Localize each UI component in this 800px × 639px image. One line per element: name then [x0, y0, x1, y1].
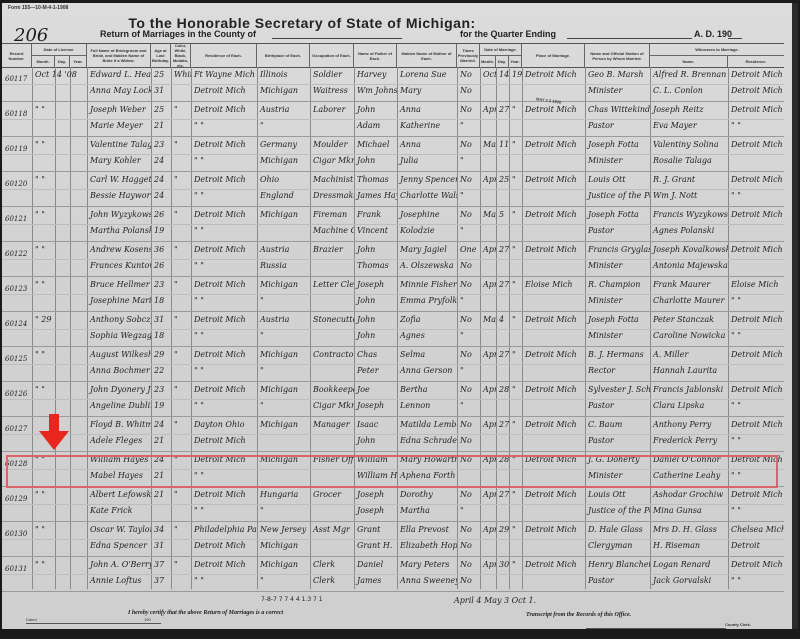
place-text: Detroit Mich [525, 175, 577, 184]
cell-officiant: Joseph FottaMinister [585, 312, 650, 346]
day-text: 27 [499, 490, 509, 499]
times-groom: No [460, 557, 480, 573]
residence-groom: Detroit Mich [194, 312, 257, 328]
times-bride: " [460, 363, 480, 379]
witness-groom: Ashodar Grochiw [653, 487, 728, 503]
county-blank-line [272, 38, 402, 39]
occupation-groom: Bookkeeper [313, 382, 354, 398]
cell-officiant: Louis OttJustice of the Peace [585, 172, 650, 206]
mother-bride: Kolodzie [400, 223, 457, 239]
stamp-numbers: 7-8-7 7 7 4 4 1.3 7 1 [261, 596, 323, 603]
cell-day: 29 [496, 522, 509, 556]
cell-witness: Peter StanczakCaroline Nowicka [650, 312, 728, 346]
cell-residence: Detroit Mich" " [191, 172, 257, 206]
clerk-signature-line [586, 628, 726, 629]
cell-month: April [480, 557, 496, 591]
year-text: " [512, 385, 516, 394]
officiant-groom: R. Champion [588, 277, 650, 293]
witness-bride: Agnes Polanski [653, 223, 728, 239]
ad-label: A. D. 190 [694, 29, 732, 39]
color-text: " [174, 280, 178, 289]
record-text: 60123 [5, 285, 27, 293]
cell-year: 1908 [509, 67, 522, 101]
names-bride: Mary Kohler [90, 153, 151, 169]
ages-groom: 24 [154, 172, 171, 188]
ages-groom: 23 [154, 137, 171, 153]
cell-year: " [509, 207, 522, 241]
cell-times: No" [457, 312, 480, 346]
cell-times: NoNo [457, 557, 480, 591]
cell-birthplace: Michigan" [257, 347, 310, 381]
month-text: April [483, 350, 496, 359]
table-row: 60119" "Valentine TalagaMary Kohler2324"… [2, 137, 784, 172]
year-text: 1908 [512, 70, 522, 79]
cell-lic: " " [32, 522, 87, 556]
names-bride: Edna Spencer [90, 538, 151, 554]
mother-groom: Lorena Sue [400, 67, 457, 83]
father-groom: John [357, 242, 397, 258]
names-groom: Andrew Kosenski [90, 242, 151, 258]
cell-officiant: Sylvester J. SchlehyPastor [585, 382, 650, 416]
witness-bride: Charlotte Maurer [653, 293, 728, 309]
place-text: Detroit Mich [525, 140, 577, 149]
cell-day: 25 [496, 172, 509, 206]
cell-officiant: Joseph FottaPastor [585, 207, 650, 241]
witness-res-bride: " " [731, 398, 784, 414]
birthplace-bride: Michigan [260, 153, 310, 169]
ages-bride: 31 [154, 83, 171, 99]
cell-witness: Frank MaurerCharlotte Maurer [650, 277, 728, 311]
color-text: " [174, 315, 178, 324]
officiant-groom: Geo B. Marsh [588, 67, 650, 83]
day-text: 27 [499, 280, 509, 289]
color-text: " [174, 105, 178, 114]
witness-groom: Mrs D. H. Glass [653, 522, 728, 538]
cell-occupation: Laborer [310, 102, 354, 136]
cell-officiant: Francis GryglaszewskiMinister [585, 242, 650, 276]
cell-day: 27 [496, 102, 509, 136]
year-text: " [512, 280, 516, 289]
names-groom: Edward L. Heaney [90, 67, 151, 83]
cell-residence: Detroit Mich" " [191, 102, 257, 136]
cell-place: Detroit Mich [522, 172, 585, 206]
cell-month: April [480, 382, 496, 416]
cell-year: " [509, 172, 522, 206]
cell-birthplace: Michigan" [257, 277, 310, 311]
record-text: 60125 [5, 355, 27, 363]
cell-color: " [171, 242, 191, 276]
cell-lic: " " [32, 242, 87, 276]
witness-groom: Joseph Reitz [653, 102, 728, 118]
cell-birthplace: AustriaRussia [257, 242, 310, 276]
month-text: April [483, 245, 496, 254]
birthplace-groom: Illinois [260, 67, 310, 83]
place-text: Detroit Mich [525, 525, 577, 534]
cell-witness: Francis WyzykowskiAgnes Polanski [650, 207, 728, 241]
occupation-groom: Stonecutter [313, 312, 354, 328]
witness-res-groom: Chelsea Mich [731, 522, 784, 538]
officiant-groom: Joseph Fotta [588, 312, 650, 328]
witness-bride: Jack Gorvalski [653, 573, 728, 589]
place-text: Detroit Mich [525, 105, 577, 114]
times-groom: No [460, 382, 480, 398]
day-text: 27 [499, 420, 509, 429]
cell-color: " [171, 102, 191, 136]
father-groom: John [357, 102, 397, 118]
cell-record: 60124 [2, 312, 32, 346]
cell-record: 60122 [2, 242, 32, 276]
birthplace-bride: " [260, 573, 310, 589]
residence-bride: " " [194, 398, 257, 414]
month-text: April [483, 280, 496, 289]
lic-text: " " [35, 385, 45, 394]
times-groom: No [460, 347, 480, 363]
ages-bride: 21 [154, 433, 171, 449]
residence-bride: " " [194, 258, 257, 274]
birthplace-bride: England [260, 188, 310, 204]
record-text: 60127 [5, 425, 27, 433]
cell-ages: 21 [151, 487, 171, 521]
cell-witness-res: Detroit Mich" " [728, 557, 784, 591]
birthplace-bride: Michigan [260, 83, 310, 99]
cell-names: Bruce HellmerJosephine Marie [87, 277, 151, 311]
witness-bride: Mina Gunsa [653, 503, 728, 519]
dated-year: 190 [144, 617, 151, 622]
birthplace-groom: Michigan [260, 417, 310, 433]
cell-color: " [171, 277, 191, 311]
cell-day: 11 [496, 137, 509, 171]
cell-year: " [509, 487, 522, 521]
residence-groom: Philadelphia Pa [194, 522, 257, 538]
names-groom: August Wilkeshuis [90, 347, 151, 363]
cell-day: 27 [496, 487, 509, 521]
cell-lic: " " [32, 207, 87, 241]
cell-occupation: Stonecutter [310, 312, 354, 346]
father-groom: Joseph [357, 487, 397, 503]
cell-year: " [509, 347, 522, 381]
officiant-bride: Minister [588, 153, 650, 169]
cell-color: " [171, 417, 191, 451]
residence-groom: Detroit Mich [194, 137, 257, 153]
red-arrow-down-icon [39, 414, 69, 450]
record-text: 60129 [5, 495, 27, 503]
witness-res-groom: Detroit Mich [731, 417, 784, 433]
ages-bride: 26 [154, 258, 171, 274]
names-groom: Carl W. Haggett [90, 172, 151, 188]
mother-bride: Anna Sweeney [400, 573, 457, 589]
officiant-bride: Justice of the Peace [588, 188, 650, 204]
residence-groom: Detroit Mich [194, 347, 257, 363]
cell-record: 60126 [2, 382, 32, 416]
cell-mother: AnnaJulia [397, 137, 457, 171]
cell-record: 60117 [2, 67, 32, 101]
header-witnesses: Witnesses to Marriage. [650, 44, 784, 56]
table-row: 60131" "John A. O'BerryAnnie Loftus3737"… [2, 557, 784, 592]
father-bride: James [357, 573, 397, 589]
times-bride: No [460, 258, 480, 274]
cell-witness-res: Detroit Mich" " [728, 312, 784, 346]
year-text: " [512, 420, 516, 429]
witness-bride: C. L. Conlon [653, 83, 728, 99]
occupation-groom: Clerk [313, 557, 354, 573]
lic-text: " " [35, 560, 45, 569]
cell-officiant: Geo B. MarshMinister [585, 67, 650, 101]
cell-times: No" [457, 207, 480, 241]
cell-residence: Detroit Mich" " [191, 382, 257, 416]
lic-text: Oct 14 '08 [35, 70, 77, 79]
table-row: 60122" "Andrew KosenskiFrances Kuntowska… [2, 242, 784, 277]
names-bride: Anna Bochmer [90, 363, 151, 379]
birthplace-bride: " [260, 293, 310, 309]
place-text: Detroit Mich [525, 210, 577, 219]
cell-residence: Detroit Mich" " [191, 207, 257, 241]
cell-day: 27 [496, 417, 509, 451]
header-record-number: Record Number. [2, 44, 32, 67]
cell-month: April [480, 242, 496, 276]
header-mother: Maiden Name of Mother of Each. [397, 44, 457, 67]
marriage-return-page: Form 155—10-M-4-1-1908 206 To the Honora… [2, 3, 798, 629]
cell-officiant: B. J. HermansRector [585, 347, 650, 381]
cell-witness-res: Eloise Mich" " [728, 277, 784, 311]
month-text: April [483, 490, 496, 499]
times-groom: No [460, 172, 480, 188]
residence-groom: Ft Wayne Mich [194, 67, 257, 83]
birthplace-groom: Michigan [260, 347, 310, 363]
cell-color: " [171, 382, 191, 416]
father-groom: Isaac [357, 417, 397, 433]
header-occupation: Occupation of Each. [310, 44, 354, 67]
cell-mother: AnnaKatherine [397, 102, 457, 136]
lic-text: " " [35, 490, 45, 499]
residence-groom: Detroit Mich [194, 172, 257, 188]
cell-record: 60130 [2, 522, 32, 556]
cell-color: " [171, 522, 191, 556]
cell-times: NoNo [457, 67, 480, 101]
cell-record: 60119 [2, 137, 32, 171]
day-text: 30 [499, 560, 509, 569]
cell-witness: R. J. GrantWm J. Nott [650, 172, 728, 206]
father-groom: Joe [357, 382, 397, 398]
cell-lic: " " [32, 172, 87, 206]
cell-names: Edward L. HeaneyAnna May Locke [87, 67, 151, 101]
cell-times: NoNo [457, 417, 480, 451]
month-text: April [483, 560, 496, 569]
cell-witness-res: Detroit Mich [728, 207, 784, 241]
names-groom: Bruce Hellmer [90, 277, 151, 293]
occupation-bride: Clerk [313, 573, 354, 589]
cell-occupation: Grocer [310, 487, 354, 521]
month-text: April [483, 525, 496, 534]
residence-bride: " " [194, 573, 257, 589]
cell-witness: Francis JablonskiClara Lipska [650, 382, 728, 416]
cell-ages: 3737 [151, 557, 171, 591]
mother-groom: Zofia [400, 312, 457, 328]
color-text: " [174, 420, 178, 429]
cell-year: " [509, 102, 522, 136]
officiant-bride: Minister [588, 258, 650, 274]
times-bride: " [460, 328, 480, 344]
officiant-groom: Chas Wittekind [588, 102, 650, 118]
document-frame: Form 155—10-M-4-1-1908 206 To the Honora… [0, 0, 800, 639]
witness-groom: A. Miller [653, 347, 728, 363]
witness-bride: H. Riseman [653, 538, 728, 554]
month-text: April [483, 385, 496, 394]
lic-text: " " [35, 245, 45, 254]
officiant-groom: D. Hale Glass [588, 522, 650, 538]
ages-groom: 24 [154, 417, 171, 433]
witness-groom: Valentiny Solina [653, 137, 728, 153]
cell-mother: Minnie FisherEmma Pryfolk [397, 277, 457, 311]
cell-officiant: Henry BlanchetPastor [585, 557, 650, 591]
cell-witness: Joseph KovalkowskiAntonia Majewska [650, 242, 728, 276]
witness-groom: Peter Stanczak [653, 312, 728, 328]
names-bride: Kate Frick [90, 503, 151, 519]
cell-names: Joseph WeberMarie Meyer [87, 102, 151, 136]
times-bride: No [460, 538, 480, 554]
table-row: 60117Oct 14 '08Edward L. HeaneyAnna May … [2, 67, 784, 102]
cell-day: 27 [496, 242, 509, 276]
mother-bride: Julia [400, 153, 457, 169]
residence-groom: Detroit Mich [194, 102, 257, 118]
cell-times: No" [457, 382, 480, 416]
birthplace-bride: " [260, 328, 310, 344]
witness-res-bride: " " [731, 573, 784, 589]
cell-occupation: Brazier [310, 242, 354, 276]
mother-bride: Elizabeth Hoppmann [400, 538, 457, 554]
cell-witness-res: Detroit Mich" " [728, 102, 784, 136]
cell-ages: 2531 [151, 67, 171, 101]
table-row: 60121" "John WyzykowskiMartha Polanski26… [2, 207, 784, 242]
cell-ages: 3626 [151, 242, 171, 276]
cell-place: Detroit Mich [522, 67, 585, 101]
officiant-bride: Pastor [588, 223, 650, 239]
witness-bride: Wm J. Nott [653, 188, 728, 204]
cell-year: " [509, 557, 522, 591]
cell-officiant: D. Hale GlassClergyman [585, 522, 650, 556]
cell-day: 5 [496, 207, 509, 241]
cell-year: " [509, 417, 522, 451]
cell-ages: 2922 [151, 347, 171, 381]
cell-day: 27 [496, 277, 509, 311]
residence-bride: " " [194, 153, 257, 169]
year-text: " [512, 350, 516, 359]
cell-names: Oscar W. TaylorEdna Spencer [87, 522, 151, 556]
cell-times: No" [457, 347, 480, 381]
officiant-bride: Justice of the Peace [588, 503, 650, 519]
residence-groom: Detroit Mich [194, 277, 257, 293]
cell-occupation: BookkeeperCigar Mkr [310, 382, 354, 416]
witness-groom: Logan Renard [653, 557, 728, 573]
cell-residence: Detroit Mich" " [191, 312, 257, 346]
cell-day: 14 [496, 67, 509, 101]
cell-birthplace: Hungaria" [257, 487, 310, 521]
cell-witness: Valentiny SolinaRosalie Talaga [650, 137, 728, 171]
cell-color: White [171, 67, 191, 101]
header-witness-name: Name. [650, 56, 728, 67]
times-bride: " [460, 398, 480, 414]
father-bride: John [357, 433, 397, 449]
times-groom: No [460, 487, 480, 503]
cell-residence: Detroit Mich" " [191, 242, 257, 276]
occupation-groom: Moulder [313, 137, 354, 153]
witness-bride: Clara Lipska [653, 398, 728, 414]
month-text: May [483, 140, 496, 149]
cell-record: 60123 [2, 277, 32, 311]
ages-groom: 26 [154, 207, 171, 223]
cell-mother: Jenny SpencerCharlotte Walsh [397, 172, 457, 206]
witness-bride: Antonia Majewska [653, 258, 728, 274]
quarter-label: for the Quarter Ending [460, 29, 556, 39]
ages-bride: 24 [154, 153, 171, 169]
day-text: 4 [499, 315, 504, 324]
times-bride: " [460, 503, 480, 519]
times-groom: No [460, 417, 480, 433]
cell-color: " [171, 347, 191, 381]
witness-res-groom: Detroit Mich [731, 137, 784, 153]
mother-groom: Jenny Spencer [400, 172, 457, 188]
father-groom: Frank [357, 207, 397, 223]
father-bride: John [357, 293, 397, 309]
cell-color: " [171, 557, 191, 591]
year-text: " [512, 175, 516, 184]
cell-lic: Oct 14 '08 [32, 67, 87, 101]
cell-witness-res: Detroit MichDetroit Mich [728, 67, 784, 101]
times-groom: One [460, 242, 480, 258]
cell-occupation: ClerkClerk [310, 557, 354, 591]
mother-bride: Katherine [400, 118, 457, 134]
month-text: April [483, 175, 496, 184]
cell-occupation: Manager [310, 417, 354, 451]
times-bride: " [460, 118, 480, 134]
place-text: Detroit Mich [525, 490, 577, 499]
witness-groom: Francis Jablonski [653, 382, 728, 398]
lic-text: " " [35, 350, 45, 359]
officiant-bride: Pastor [588, 118, 650, 134]
cell-father: GrantGrant H. [354, 522, 397, 556]
witness-groom: Anthony Perry [653, 417, 728, 433]
birthplace-groom: Michigan [260, 207, 310, 223]
cell-birthplace: GermanyMichigan [257, 137, 310, 171]
residence-bride: " " [194, 188, 257, 204]
cell-day: 30 [496, 557, 509, 591]
times-groom: No [460, 277, 480, 293]
month-text: May [483, 210, 496, 219]
cell-residence: Philadelphia PaDetroit Mich [191, 522, 257, 556]
day-text: 28 [499, 385, 509, 394]
officiant-bride: Minister [588, 293, 650, 309]
witness-groom: Alfred R. Brennan [653, 67, 728, 83]
record-text: 60122 [5, 250, 27, 258]
cell-lic: " 29 [32, 312, 87, 346]
names-groom: Oscar W. Taylor [90, 522, 151, 538]
cell-residence: Detroit Mich" " [191, 277, 257, 311]
cell-residence: Dayton OhioDetroit Mich [191, 417, 257, 451]
cell-lic: " " [32, 277, 87, 311]
officiant-groom: C. Baum [588, 417, 650, 433]
header-birthplace: Birthplace of Each. [257, 44, 310, 67]
mother-bride: Martha [400, 503, 457, 519]
witness-res-groom: Detroit Mich [731, 487, 784, 503]
page-subtitle: Return of Marriages in the County of [100, 29, 256, 39]
mother-groom: Matilda Lemberg [400, 417, 457, 433]
times-groom: No [460, 312, 480, 328]
cell-year: " [509, 242, 522, 276]
cell-mother: BerthaLennon [397, 382, 457, 416]
witness-res-bride: " " [731, 188, 784, 204]
cell-mother: ZofiaAgnes [397, 312, 457, 346]
cell-times: No" [457, 277, 480, 311]
mother-groom: Anna [400, 102, 457, 118]
